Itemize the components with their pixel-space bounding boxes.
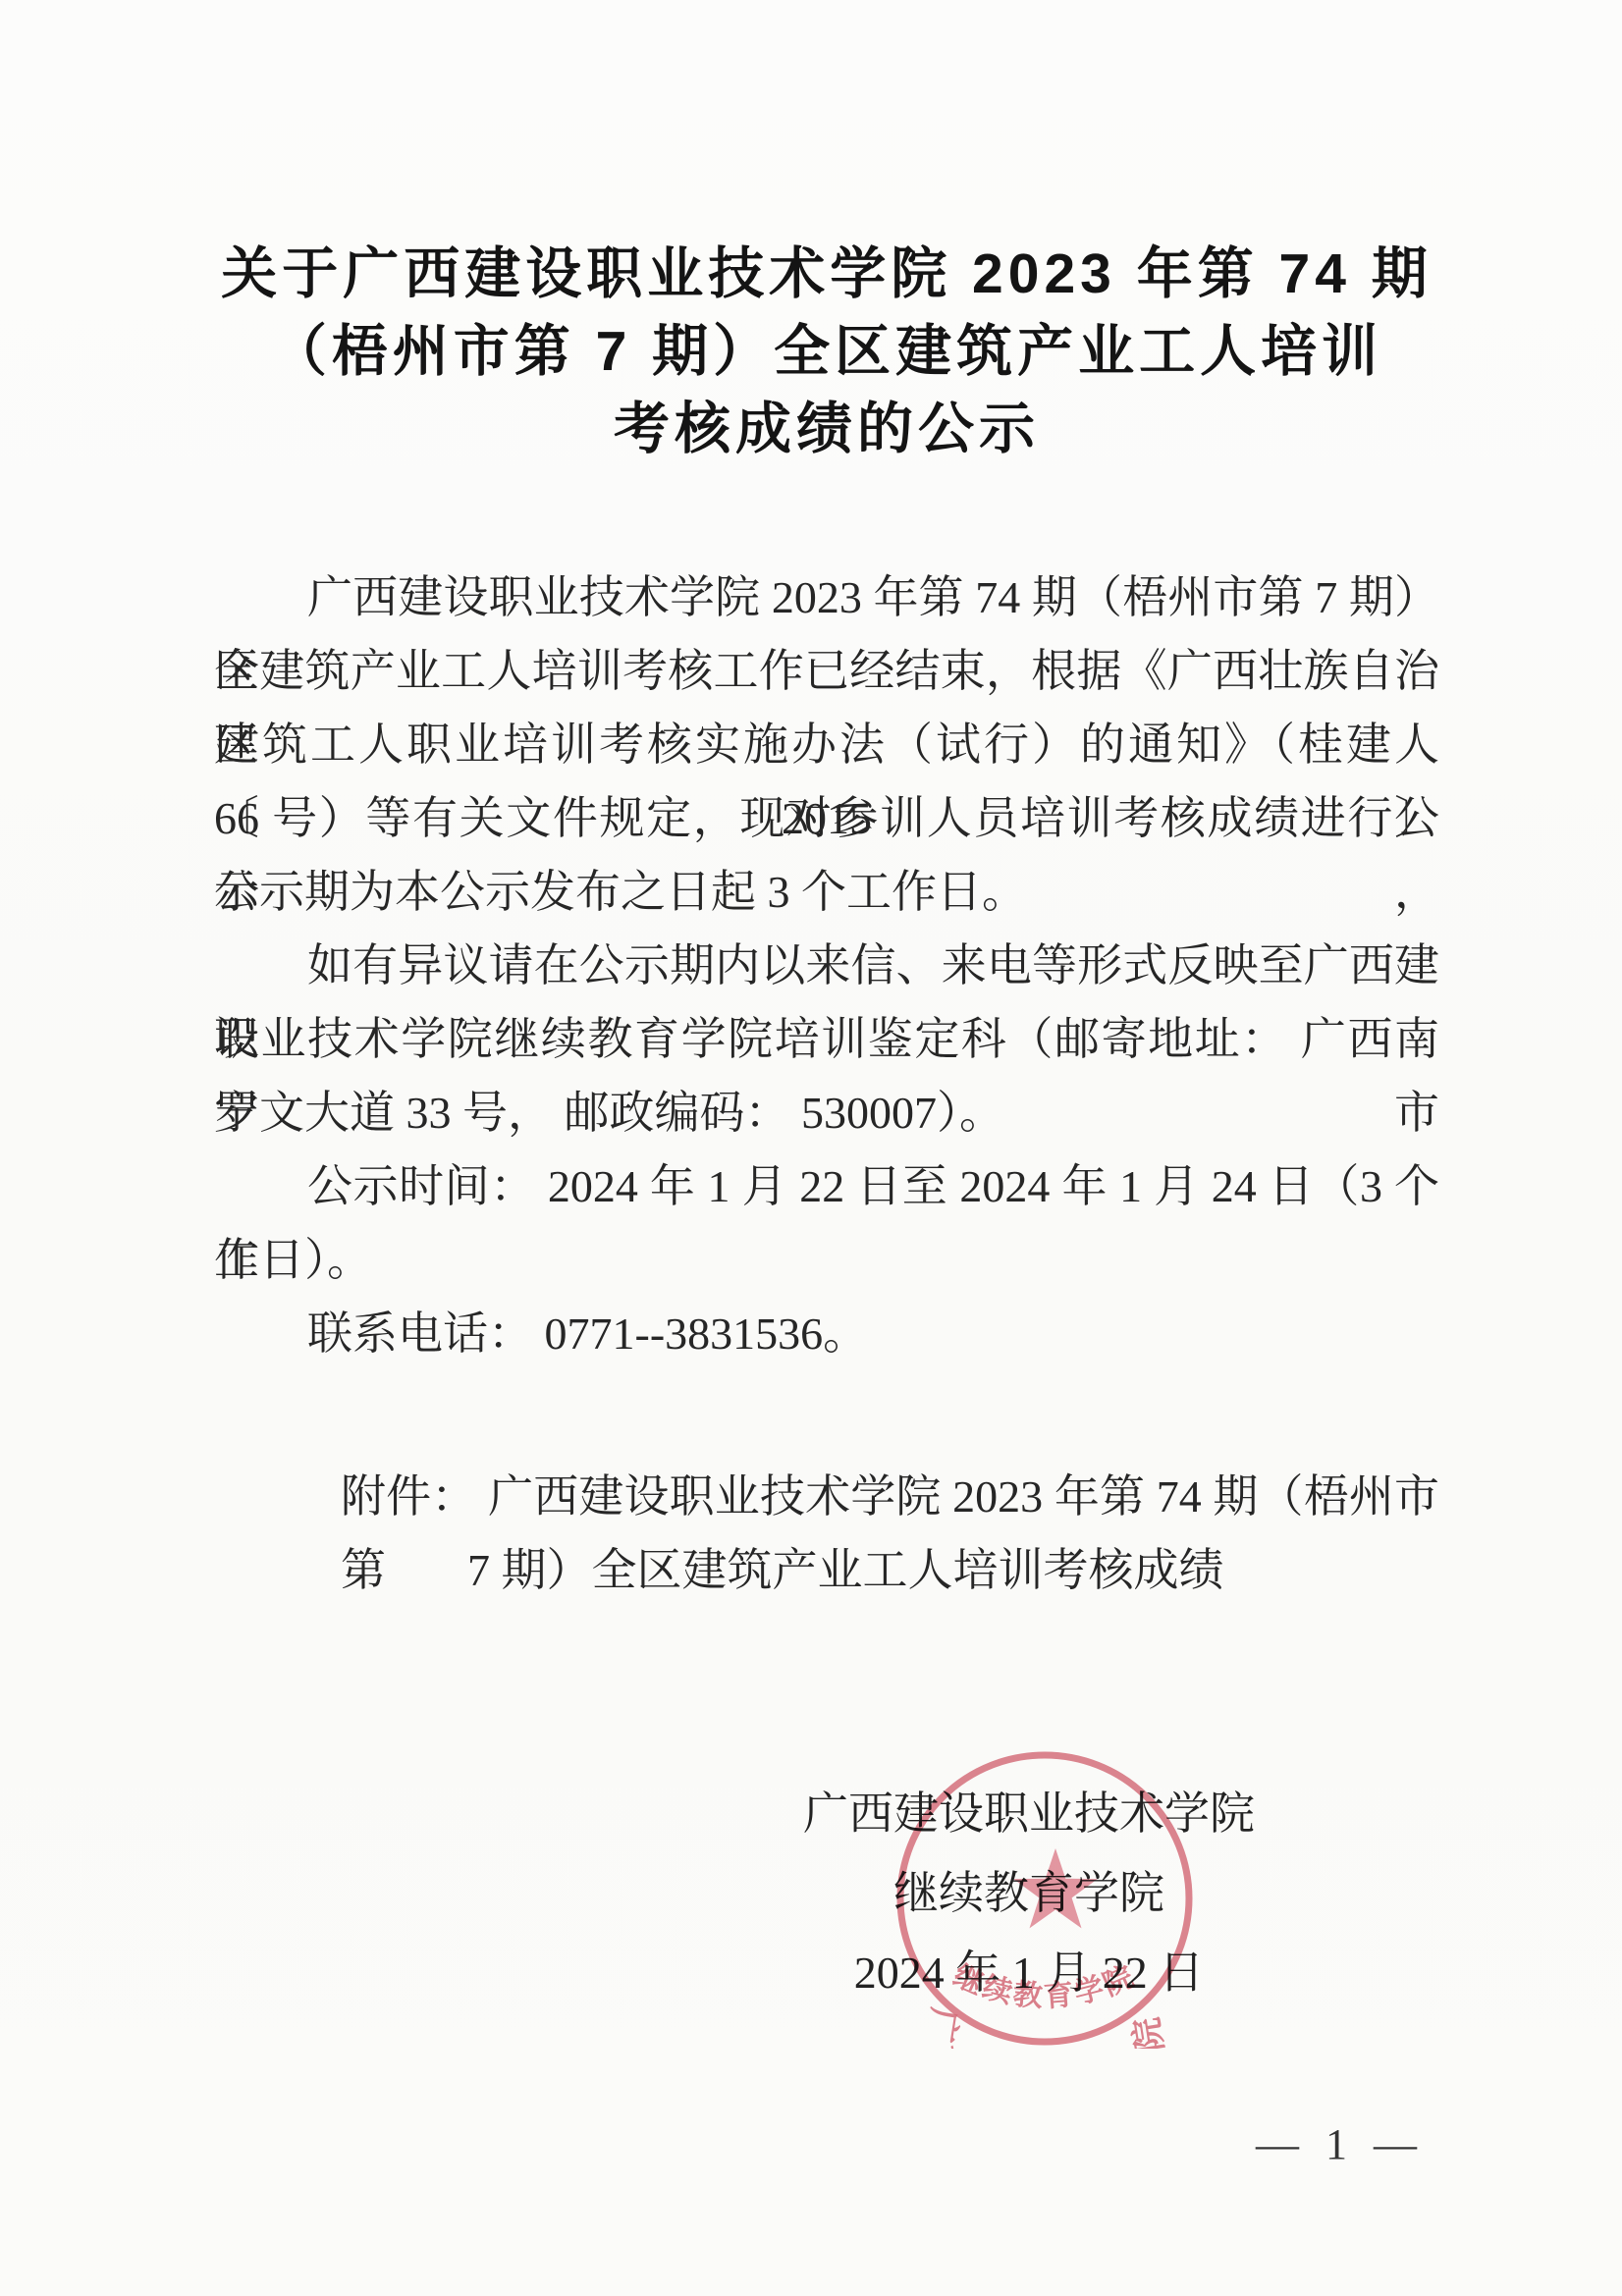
body-text: 广西建设职业技术学院 2023 年第 74 期（梧州市第 7 期）全 区建筑产业… <box>214 561 1439 1370</box>
document-page: 关于广西建设职业技术学院 2023 年第 74 期 （梧州市第 7 期）全区建筑… <box>0 0 1622 2296</box>
attachment-line-2: 7 期）全区建筑产业工人培训考核成绩 <box>467 1533 1439 1607</box>
body-line: 区建筑产业工人培训考核工作已经结束，根据《广西壮族自治区 <box>214 634 1439 708</box>
body-line: 广西建设职业技术学院 2023 年第 74 期（梧州市第 7 期）全 <box>214 561 1439 634</box>
body-line: 职业技术学院继续教育学院培训鉴定科（邮寄地址： 广西南宁市 <box>214 1002 1439 1076</box>
title-line-1: 关于广西建设职业技术学院 2023 年第 74 期 <box>214 236 1439 313</box>
attachment-line-1: 附件： 广西建设职业技术学院 2023 年第 74 期（梧州市第 <box>341 1460 1439 1533</box>
body-line: 如有异议请在公示期内以来信、来电等形式反映至广西建设 <box>214 929 1439 1002</box>
body-line: 联系电话： 0771--3831536。 <box>214 1297 1439 1370</box>
official-stamp: 广西建设职业技术学院 继续教育学院 <box>892 1748 1198 2049</box>
page-number: — 1 — <box>1252 2110 1429 2179</box>
title-line-2: （梧州市第 7 期）全区建筑产业工人培训 <box>214 313 1439 391</box>
body-line: 建筑工人职业培训考核实施办法（试行）的通知》（桂建人〔2015〕 <box>214 708 1439 781</box>
title-line-3: 考核成绩的公示 <box>214 391 1439 468</box>
svg-text:继续教育学院: 继续教育学院 <box>948 1959 1141 2013</box>
body-line: 66 号）等有关文件规定，现对参训人员培训考核成绩进行公示， <box>214 781 1439 855</box>
stamp-star-icon <box>1013 1848 1098 1928</box>
body-line: 公示时间： 2024 年 1 月 22 日至 2024 年 1 月 24 日（3… <box>214 1149 1439 1223</box>
stamp-bottom-text: 继续教育学院 <box>948 1959 1141 2013</box>
attachment-block: 附件： 广西建设职业技术学院 2023 年第 74 期（梧州市第 7 期）全区建… <box>214 1460 1439 1607</box>
body-line: 作日）。 <box>214 1223 1439 1297</box>
document-title: 关于广西建设职业技术学院 2023 年第 74 期 （梧州市第 7 期）全区建筑… <box>214 236 1439 468</box>
